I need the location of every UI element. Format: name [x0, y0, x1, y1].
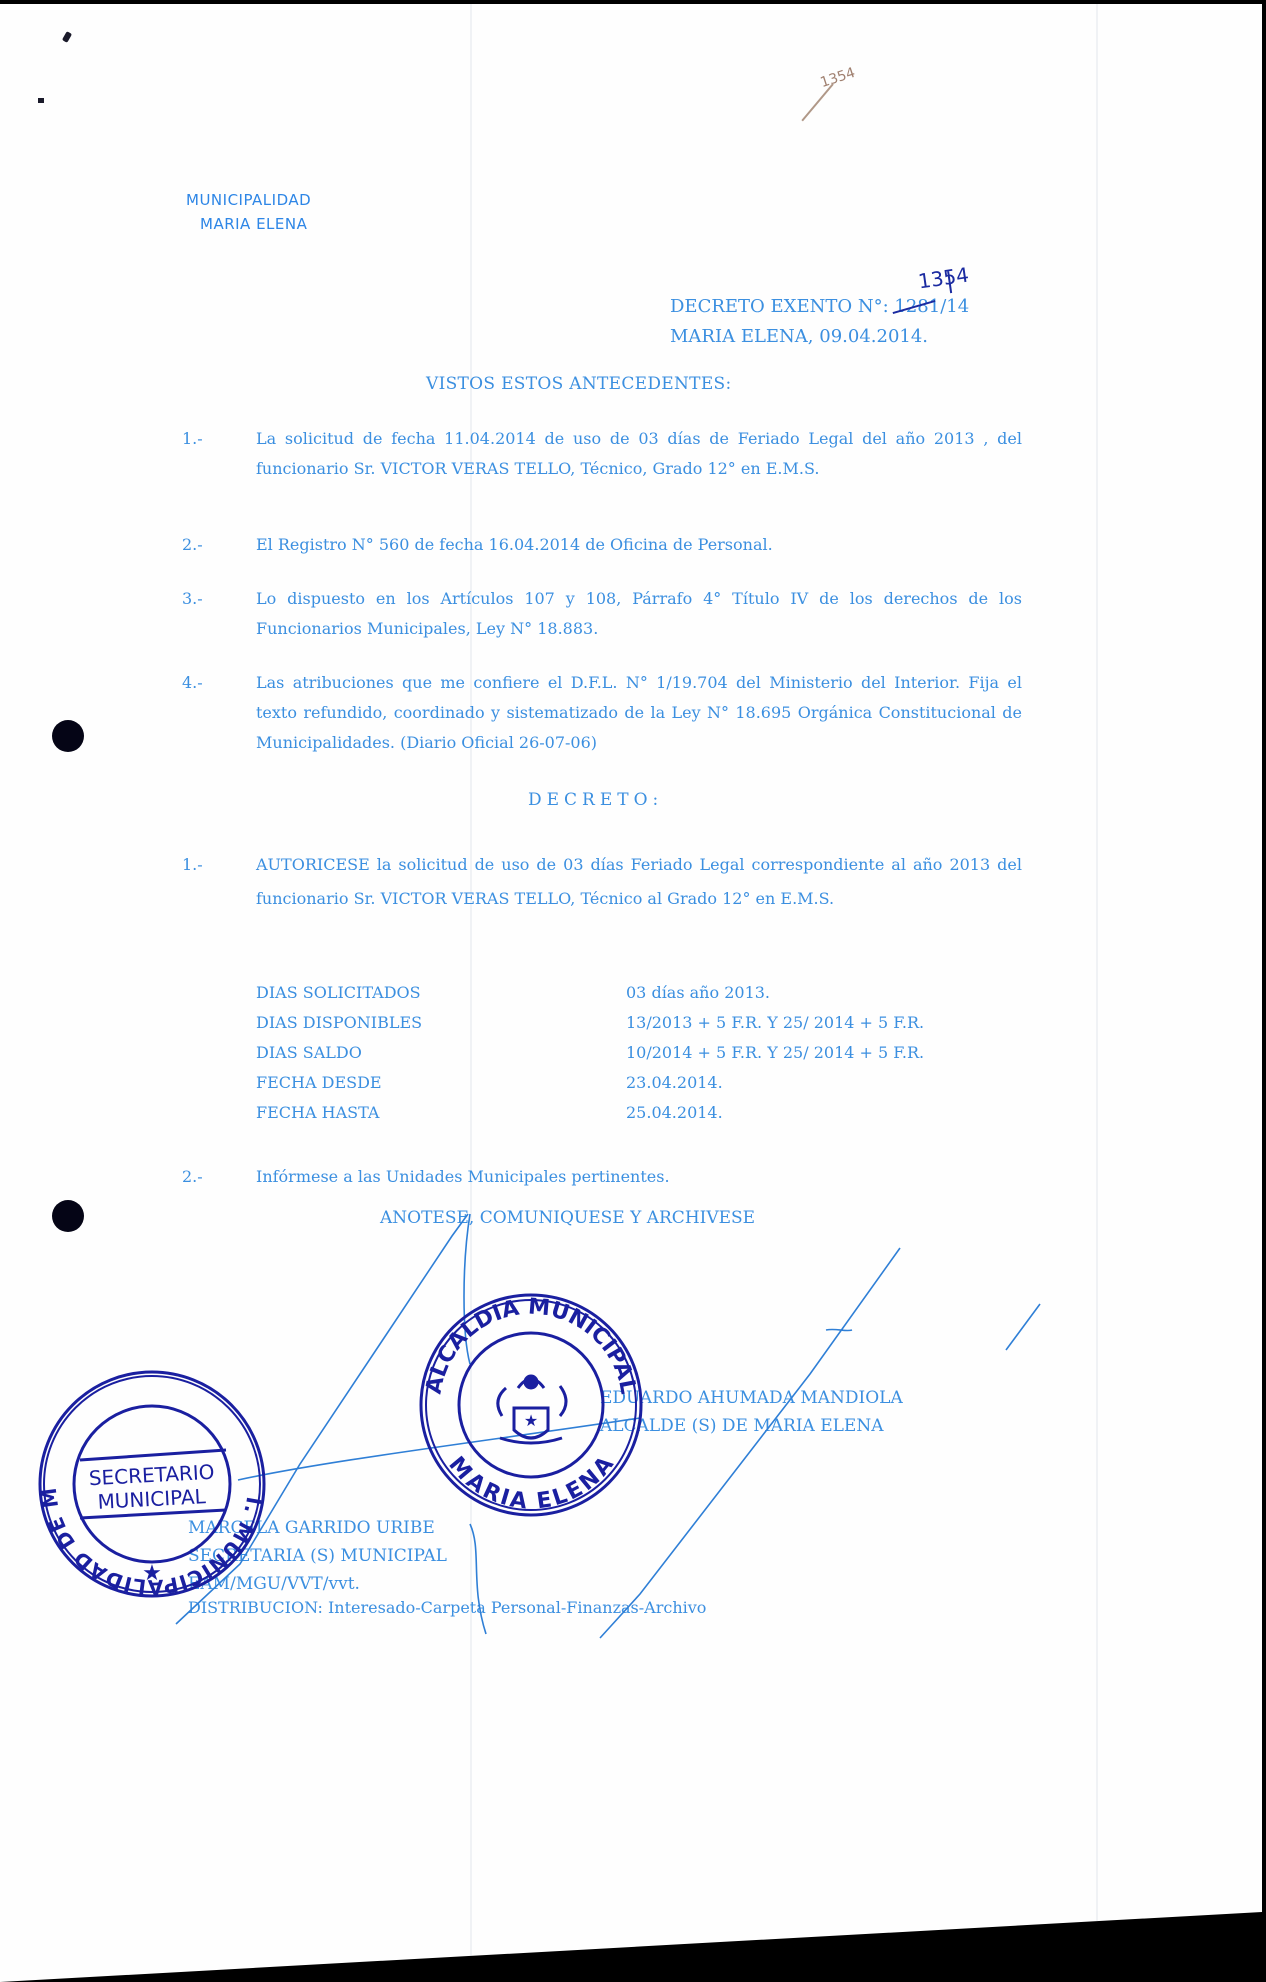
svg-text:MUNICIPAL: MUNICIPAL [97, 1484, 207, 1514]
svg-text:★: ★ [142, 1561, 162, 1586]
scanned-decree-page: MUNICIPALIDAD MARIA ELENA 1354 DECRETO E… [0, 4, 1262, 1982]
coat-of-arms-icon [498, 1376, 566, 1443]
svg-text:MARIA ELENA: MARIA ELENA [443, 1452, 618, 1514]
svg-text:★: ★ [524, 1411, 538, 1430]
